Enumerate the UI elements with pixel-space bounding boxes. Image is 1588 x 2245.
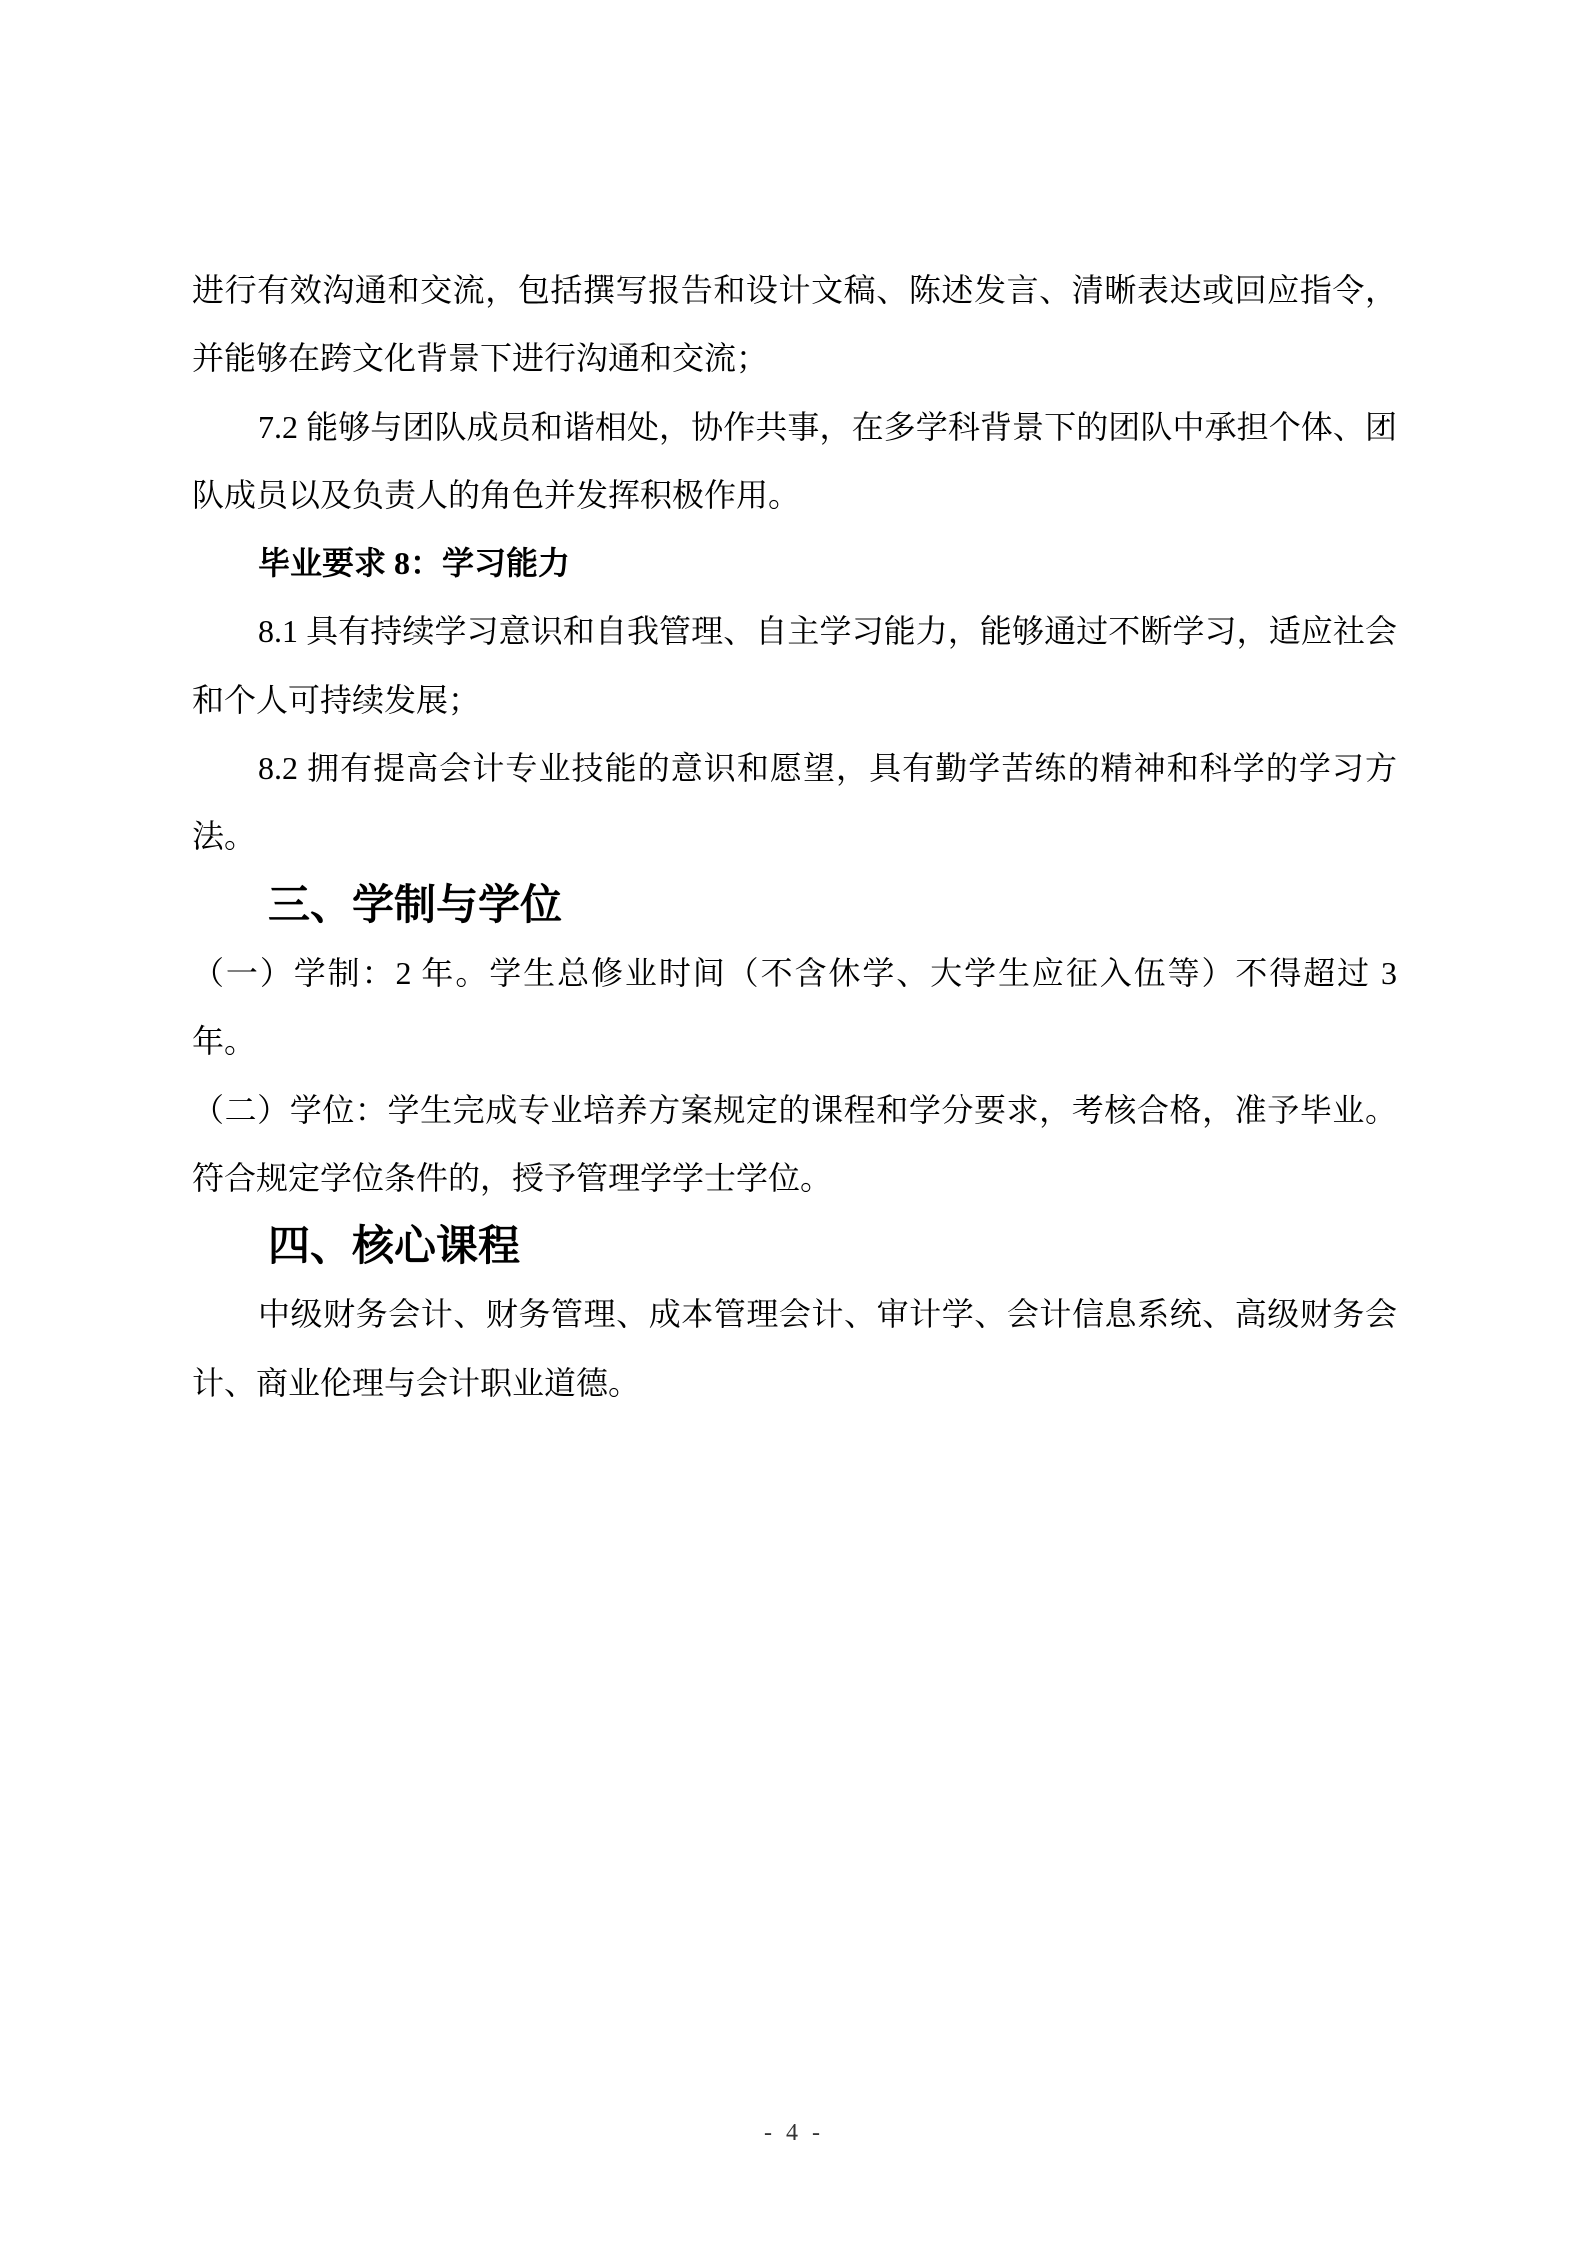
paragraph-schooling-length: （一）学制：2 年。学生总修业时间（不含休学、大学生应征入伍等）不得超过 3 年… (192, 939, 1397, 1076)
section-heading-core-courses: 四、核心课程 (192, 1212, 1397, 1280)
heading-graduation-requirement-8: 毕业要求 8：学习能力 (192, 529, 1397, 597)
paragraph-item-7-2: 7.2 能够与团队成员和谐相处，协作共事，在多学科背景下的团队中承担个体、团队成… (192, 393, 1397, 530)
document-page: 进行有效沟通和交流，包括撰写报告和设计文稿、陈述发言、清晰表达或回应指令，并能够… (0, 0, 1588, 2245)
paragraph-core-courses: 中级财务会计、财务管理、成本管理会计、审计学、会计信息系统、高级财务会计、商业伦… (192, 1280, 1397, 1417)
paragraph-item-8-1: 8.1 具有持续学习意识和自我管理、自主学习能力，能够通过不断学习，适应社会和个… (192, 597, 1397, 734)
section-heading-schooling-and-degree: 三、学制与学位 (192, 871, 1397, 939)
content-area: 进行有效沟通和交流，包括撰写报告和设计文稿、陈述发言、清晰表达或回应指令，并能够… (192, 256, 1397, 1417)
paragraph-degree-award: （二）学位：学生完成专业培养方案规定的课程和学分要求，考核合格，准予毕业。符合规… (192, 1076, 1397, 1213)
paragraph-item-8-2: 8.2 拥有提高会计专业技能的意识和愿望，具有勤学苦练的精神和科学的学习方法。 (192, 734, 1397, 871)
paragraph-communication-continuation: 进行有效沟通和交流，包括撰写报告和设计文稿、陈述发言、清晰表达或回应指令，并能够… (192, 256, 1397, 393)
page-number: - 4 - (0, 2118, 1588, 2148)
